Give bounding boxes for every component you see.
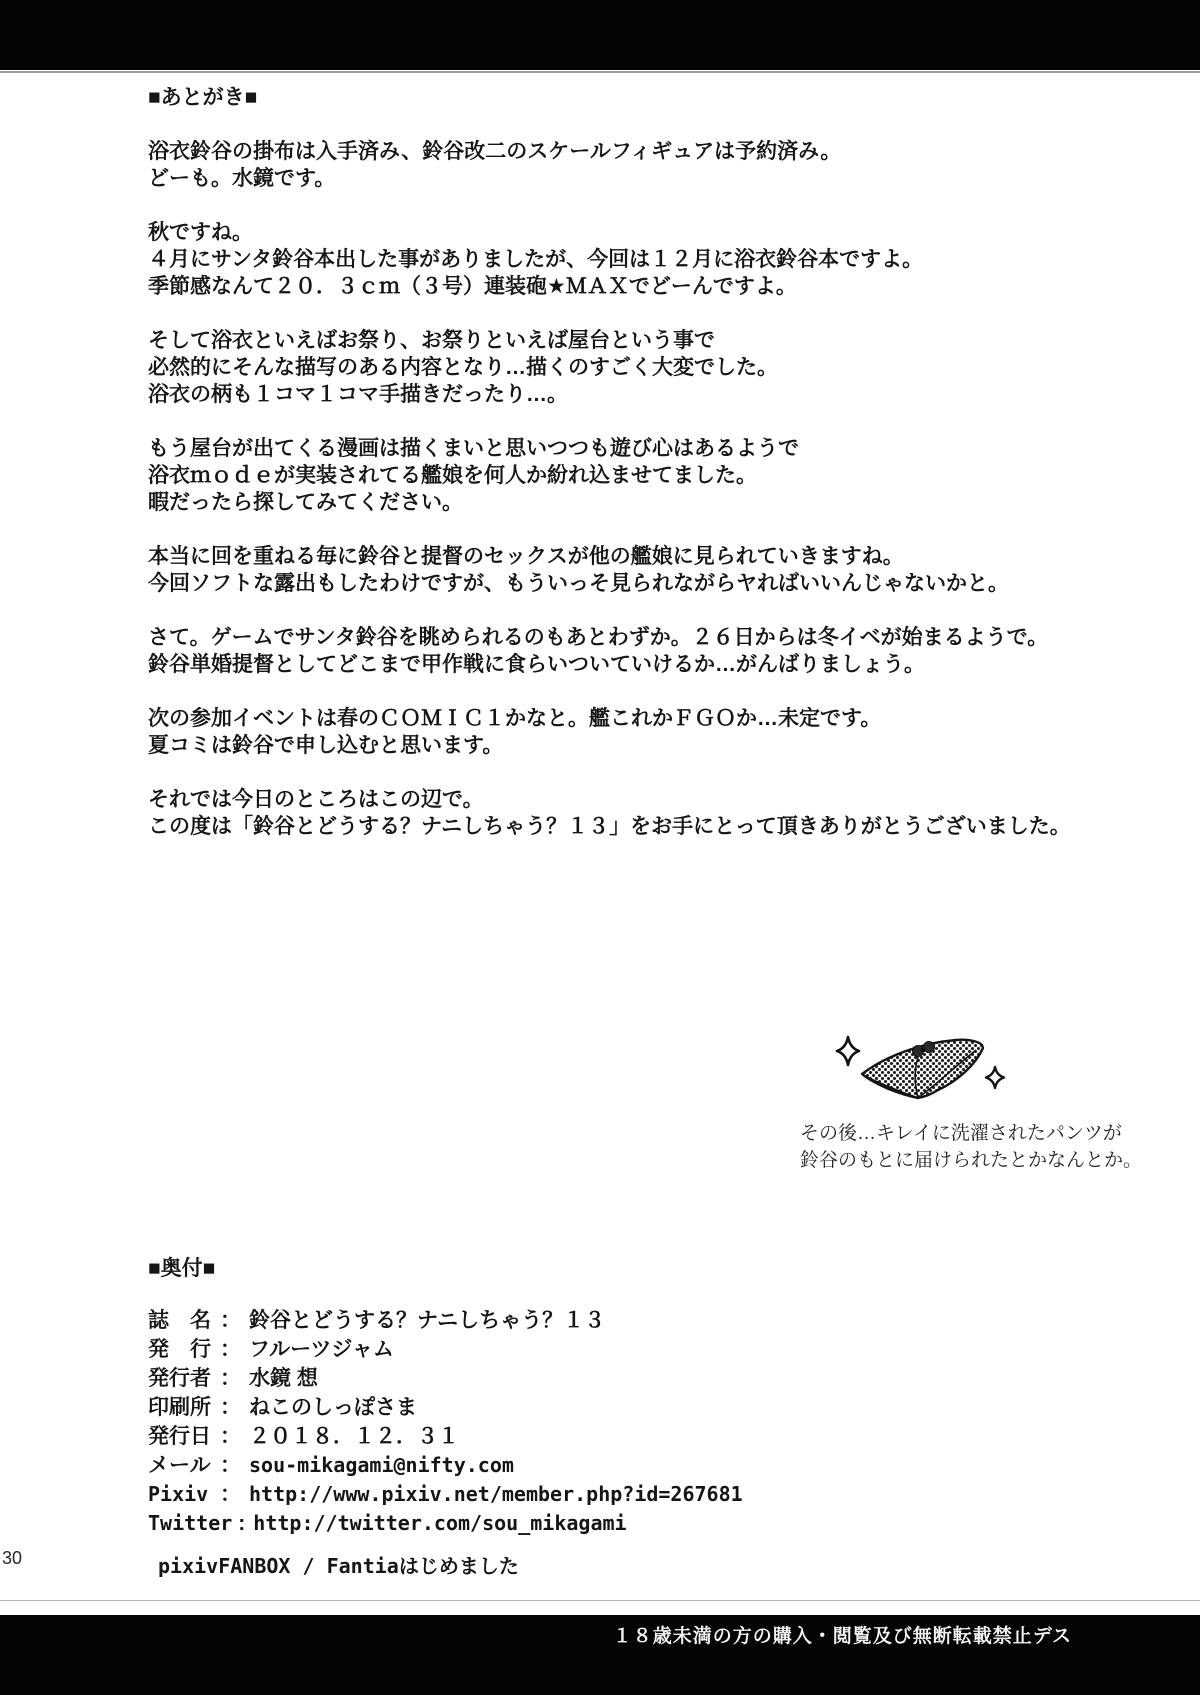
afterword-line: 暇だったら探してみてください。: [148, 489, 1188, 516]
colophon-row-email: メール：sou-mikagami@nifty.com: [148, 1451, 743, 1480]
scanned-doujin-afterword-page: ■あとがき■ 浴衣鈴谷の掛布は入手済み、鈴谷改二のスケールフィギュアは予約済み。…: [0, 0, 1200, 1695]
afterword-line: どーも。水鏡です。: [148, 165, 1188, 192]
colophon-separator: ：: [214, 1367, 249, 1390]
afterword-heading: ■あとがき■: [148, 84, 1188, 111]
bottom-black-bar: １８歳未満の方の購入・閲覧及び無断転載禁止デス: [0, 1615, 1200, 1695]
colophon-row-printer: 印刷所：ねこのしっぽさま: [148, 1393, 743, 1422]
afterword-line: この度は「鈴谷とどうする？ナニしちゃう？１３」をお手にとって頂きありがとうござい…: [148, 813, 1188, 840]
afterword-line: 浴衣の柄も１コマ１コマ手描きだったり…。: [148, 381, 1188, 408]
afterword-line: 今回ソフトな露出もしたわけですが、もういっそ見られながらヤればいいんじゃないかと…: [148, 570, 1188, 597]
afterword-paragraph: もう屋台が出てくる漫画は描くまいと思いつつも遊び心はあるようで 浴衣ｍｏｄｅが実…: [148, 435, 1188, 516]
afterword-line: 鈴谷単婚提督としてどこまで甲作戦に食らいついていけるか…がんばりましょう。: [148, 651, 1188, 678]
afterword-line: そして浴衣といえばお祭り、お祭りといえば屋台という事で: [148, 327, 1188, 354]
top-bar-scan-edge: [0, 71, 1200, 73]
panties-sketch-svg: [806, 1026, 1016, 1106]
afterword-line: それでは今日のところはこの辺で。: [148, 786, 1188, 813]
colophon-separator: ：: [214, 1483, 249, 1506]
afterword-paragraph: 次の参加イベントは春のＣＯＭＩＣ１かなと。艦これかＦＧＯか…未定です。 夏コミは…: [148, 705, 1188, 759]
afterword-line: 次の参加イベントは春のＣＯＭＩＣ１かなと。艦これかＦＧＯか…未定です。: [148, 705, 1188, 732]
colophon-label: Pixiv: [148, 1480, 214, 1509]
afterword-line: 本当に回を重ねる毎に鈴谷と提督のセックスが他の艦娘に見られていきますね。: [148, 543, 1188, 570]
colophon-section: 誌 名：鈴谷とどうする？ナニしちゃう？１３ 発 行：フルーツジャム 発行者：水鏡…: [148, 1306, 743, 1538]
afterword-line: さて。ゲームでサンタ鈴谷を眺められるのもあとわずか。２６日からは冬イベが始まるよ…: [148, 624, 1188, 651]
afterword-section: ■あとがき■ 浴衣鈴谷の掛布は入手済み、鈴谷改二のスケールフィギュアは予約済み。…: [148, 84, 1188, 840]
afterword-line: 夏コミは鈴谷で申し込むと思います。: [148, 732, 1188, 759]
age-restriction-notice: １８歳未満の方の購入・閲覧及び無断転載禁止デス: [613, 1621, 1072, 1648]
afterword-paragraph: さて。ゲームでサンタ鈴谷を眺められるのもあとわずか。２６日からは冬イベが始まるよ…: [148, 624, 1188, 678]
afterword-line: 必然的にそんな描写のある内容となり…描くのすごく大変でした。: [148, 354, 1188, 381]
afterword-paragraph: そして浴衣といえばお祭り、お祭りといえば屋台という事で 必然的にそんな描写のある…: [148, 327, 1188, 408]
colophon-label: 誌 名: [148, 1306, 214, 1335]
sparkle-icon: [837, 1037, 859, 1065]
afterword-line: 浴衣ｍｏｄｅが実装されてる艦娘を何人か紛れ込ませてました。: [148, 462, 1188, 489]
afterword-line: もう屋台が出てくる漫画は描くまいと思いつつも遊び心はあるようで: [148, 435, 1188, 462]
colophon-value: 水鏡 想: [249, 1367, 318, 1390]
colophon-row-pixiv: Pixiv：http://www.pixiv.net/member.php?id…: [148, 1480, 743, 1509]
footer-scan-hairline: [0, 1600, 1200, 1601]
colophon-row-publisher: 発 行：フルーツジャム: [148, 1335, 743, 1364]
fanbox-fantia-note: pixivFANBOX / Fantiaはじめました: [158, 1550, 519, 1579]
colophon-label: メール: [148, 1451, 214, 1480]
colophon-label: 印刷所: [148, 1393, 214, 1422]
colophon-value: フルーツジャム: [249, 1338, 394, 1361]
colophon-value: ねこのしっぽさま: [249, 1396, 417, 1419]
colophon-separator: ：: [214, 1396, 249, 1419]
colophon-heading: ■奥付■: [148, 1252, 215, 1282]
afterword-paragraph: 本当に回を重ねる毎に鈴谷と提督のセックスが他の艦娘に見られていきますね。 今回ソ…: [148, 543, 1188, 597]
colophon-row-twitter: Twitter:http://twitter.com/sou_mikagami: [148, 1509, 743, 1538]
colophon-email-value: sou-mikagami@nifty.com: [249, 1453, 514, 1477]
colophon-row-title: 誌 名：鈴谷とどうする？ナニしちゃう？１３: [148, 1306, 743, 1335]
colophon-separator: ：: [214, 1425, 249, 1448]
colophon-separator: :: [232, 1512, 253, 1535]
afterword-line: 季節感なんて２０．３ｃｍ（３号）連装砲★ＭＡＸでどーんですよ。: [148, 273, 1188, 300]
colophon-value: 鈴谷とどうする？ナニしちゃう？１３: [249, 1309, 605, 1332]
illustration-caption: その後…キレイに洗濯されたパンツが 鈴谷のもとに届けられたとかなんとか。: [800, 1120, 1142, 1174]
top-black-bar: [0, 0, 1200, 70]
colophon-twitter-url: http://twitter.com/sou_mikagami: [253, 1511, 626, 1535]
afterword-paragraph: それでは今日のところはこの辺で。 この度は「鈴谷とどうする？ナニしちゃう？１３」…: [148, 786, 1188, 840]
afterword-paragraph: 秋ですね。 ４月にサンタ鈴谷本出した事がありましたが、今回は１２月に浴衣鈴谷本で…: [148, 219, 1188, 300]
colophon-pixiv-url: http://www.pixiv.net/member.php?id=26768…: [249, 1482, 743, 1506]
colophon-label: Twitter: [148, 1509, 232, 1538]
colophon-label: 発行日: [148, 1422, 214, 1451]
colophon-separator: ：: [214, 1454, 249, 1477]
washed-panties-illustration: [806, 1026, 1016, 1106]
afterword-line: 秋ですね。: [148, 219, 1188, 246]
panties-shape: [862, 1040, 983, 1098]
colophon-value: ２０１８．１２．３１: [249, 1425, 459, 1448]
page-number: 30: [2, 1548, 22, 1569]
afterword-line: ４月にサンタ鈴谷本出した事がありましたが、今回は１２月に浴衣鈴谷本ですよ。: [148, 246, 1188, 273]
caption-line: その後…キレイに洗濯されたパンツが: [800, 1120, 1142, 1147]
colophon-separator: ：: [214, 1338, 249, 1361]
sparkle-icon: [986, 1067, 1004, 1088]
caption-line: 鈴谷のもとに届けられたとかなんとか。: [800, 1147, 1142, 1174]
colophon-label: 発行者: [148, 1364, 214, 1393]
colophon-separator: ：: [214, 1309, 249, 1332]
colophon-label: 発 行: [148, 1335, 214, 1364]
colophon-row-author: 発行者：水鏡 想: [148, 1364, 743, 1393]
afterword-line: 浴衣鈴谷の掛布は入手済み、鈴谷改二のスケールフィギュアは予約済み。: [148, 138, 1188, 165]
afterword-paragraph: 浴衣鈴谷の掛布は入手済み、鈴谷改二のスケールフィギュアは予約済み。 どーも。水鏡…: [148, 138, 1188, 192]
colophon-row-date: 発行日：２０１８．１２．３１: [148, 1422, 743, 1451]
